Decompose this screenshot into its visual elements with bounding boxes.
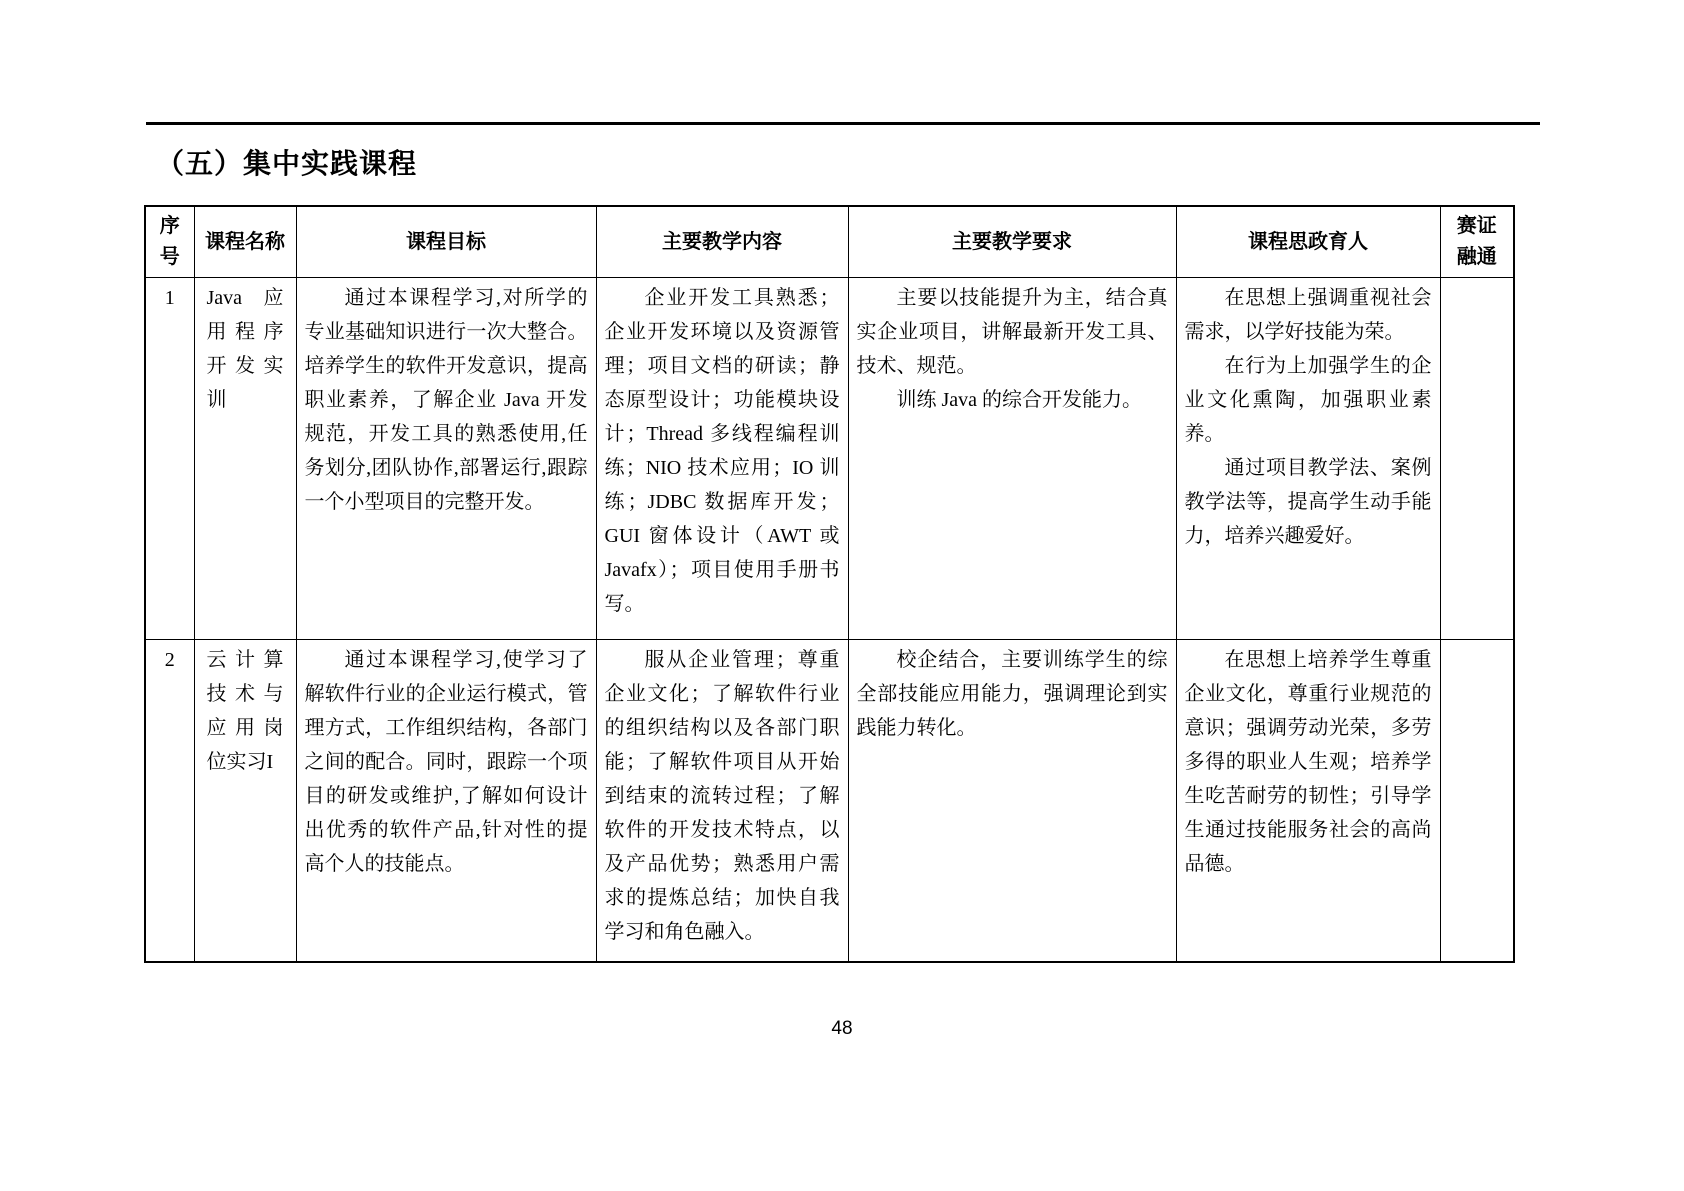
page-number: 48 [0,1018,1684,1040]
page-title: （五）集中实践课程 [156,142,417,182]
header-ideology: 课程思政育人 [1176,206,1440,278]
paragraph: 在思想上培养学生尊重企业文化，尊重行业规范的意识；强调劳动光荣，多劳多得的职业人… [1185,643,1432,881]
header-row: 序号 课程名称 课程目标 主要教学内容 主要教学要求 课程思政育人 赛证融通 [145,206,1514,278]
course-table: 序号 课程名称 课程目标 主要教学内容 主要教学要求 课程思政育人 赛证融通 1… [144,205,1515,963]
paragraph: 通过本课程学习,对所学的专业基础知识进行一次大整合。培养学生的软件开发意识，提高… [305,281,588,519]
header-content: 主要教学内容 [596,206,848,278]
cell-course-name: Java 应用程序开发实训 [194,278,296,640]
paragraph: 服从企业管理；尊重企业文化；了解软件行业的组织结构以及各部门职能；了解软件项目从… [605,643,840,949]
table-row: 1 Java 应用程序开发实训 通过本课程学习,对所学的专业基础知识进行一次大整… [145,278,1514,640]
cell-requirements: 主要以技能提升为主，结合真实企业项目，讲解最新开发工具、技术、规范。 训练 Ja… [848,278,1176,640]
paragraph: 在行为上加强学生的企业文化熏陶，加强职业素养。 [1185,349,1432,451]
paragraph: 通过本课程学习,使学习了解软件行业的企业运行模式，管理方式，工作组织结构，各部门… [305,643,588,881]
cell-no: 1 [145,278,194,640]
paragraph: 主要以技能提升为主，结合真实企业项目，讲解最新开发工具、技术、规范。 [857,281,1168,383]
paragraph: 校企结合，主要训练学生的综全部技能应用能力，强调理论到实践能力转化。 [857,643,1168,745]
cell-objective: 通过本课程学习,使学习了解软件行业的企业运行模式，管理方式，工作组织结构，各部门… [296,640,596,962]
table-row: 2 云计算技术与应用岗位实习I 通过本课程学习,使学习了解软件行业的企业运行模式… [145,640,1514,962]
paragraph: 通过项目教学法、案例教学法等，提高学生动手能力，培养兴趣爱好。 [1185,451,1432,553]
cell-no: 2 [145,640,194,962]
header-course-name: 课程名称 [194,206,296,278]
cell-ideology: 在思想上培养学生尊重企业文化，尊重行业规范的意识；强调劳动光荣，多劳多得的职业人… [1176,640,1440,962]
cell-requirements: 校企结合，主要训练学生的综全部技能应用能力，强调理论到实践能力转化。 [848,640,1176,962]
cell-ideology: 在思想上强调重视社会需求，以学好技能为荣。 在行为上加强学生的企业文化熏陶，加强… [1176,278,1440,640]
cell-content: 企业开发工具熟悉；企业开发环境以及资源管理；项目文档的研读；静态原型设计；功能模… [596,278,848,640]
paragraph: 训练 Java 的综合开发能力。 [857,383,1168,417]
cell-objective: 通过本课程学习,对所学的专业基础知识进行一次大整合。培养学生的软件开发意识，提高… [296,278,596,640]
header-objective: 课程目标 [296,206,596,278]
course-table-container: 序号 课程名称 课程目标 主要教学内容 主要教学要求 课程思政育人 赛证融通 1… [144,205,1515,963]
cell-course-name: 云计算技术与应用岗位实习I [194,640,296,962]
cell-content: 服从企业管理；尊重企业文化；了解软件行业的组织结构以及各部门职能；了解软件项目从… [596,640,848,962]
document-page: （五）集中实践课程 序号 课程名称 课程目标 主要教学内容 主要教学要求 课 [0,0,1684,1191]
paragraph: 在思想上强调重视社会需求，以学好技能为荣。 [1185,281,1432,349]
cell-cert-integration [1440,278,1514,640]
header-rule [146,122,1540,125]
cell-cert-integration [1440,640,1514,962]
header-cert-integration: 赛证融通 [1440,206,1514,278]
header-requirements: 主要教学要求 [848,206,1176,278]
paragraph: 企业开发工具熟悉；企业开发环境以及资源管理；项目文档的研读；静态原型设计；功能模… [605,281,840,621]
header-no: 序号 [145,206,194,278]
